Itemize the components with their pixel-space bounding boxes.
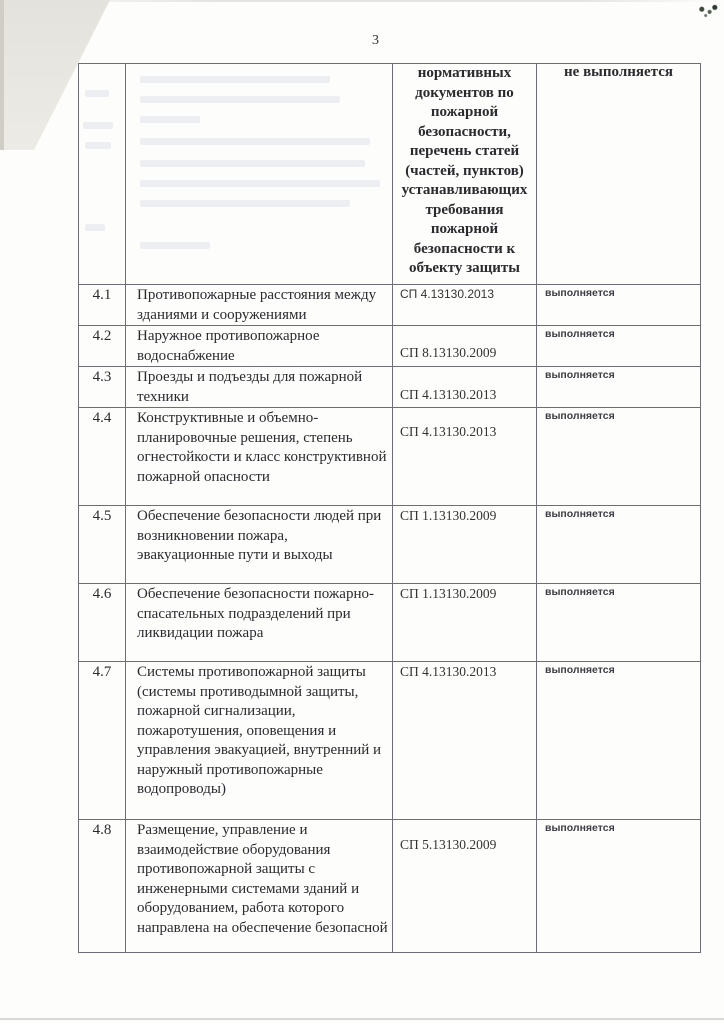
row-number: 4.6 [79,584,126,662]
header-norm-documents: нормативных документов по пожарной безоп… [393,64,537,285]
row-number: 4.8 [79,820,126,953]
header-description-cell [126,64,393,285]
row-status: выполняется [537,326,701,367]
row-description: Наружное противопожарное водоснабжение [126,326,393,367]
row-status: выполняется [537,584,701,662]
table-row: 4.2 Наружное противопожарное водоснабжен… [79,326,701,367]
table-row: 4.3 Проезды и подъезды для пожарной техн… [79,367,701,408]
table-row: 4.7 Системы противопожарной защиты (сист… [79,662,701,820]
row-description: Проезды и подъезды для пожарной техники [126,367,393,408]
row-norm: СП 4.13130.2013 [393,408,537,506]
row-number: 4.5 [79,506,126,584]
row-status: выполняется [537,408,701,506]
row-number: 4.7 [79,662,126,820]
paper-speck [694,2,720,20]
table-row: 4.6 Обеспечение безопасности пожарно-спа… [79,584,701,662]
row-description: Размещение, управление и взаимодействие … [126,820,393,953]
row-norm: СП 5.13130.2009 [393,820,537,953]
fire-safety-requirements-table: нормативных документов по пожарной безоп… [78,63,701,953]
row-description: Обеспечение безопасности людей при возни… [126,506,393,584]
header-status: не выполняется [537,64,701,285]
paper-bottom-edge [0,1018,724,1020]
paper-top-edge [0,0,724,2]
row-status: выполняется [537,367,701,408]
row-description: Системы противопожарной защиты (системы … [126,662,393,820]
row-norm: СП 1.13130.2009 [393,584,537,662]
row-number: 4.3 [79,367,126,408]
row-status: выполняется [537,820,701,953]
row-norm: СП 4.13130.2013 [393,662,537,820]
row-status: выполняется [537,506,701,584]
row-norm: СП 4.13130.2013 [393,285,537,326]
row-description: Противопожарные расстояния между зданиям… [126,285,393,326]
table-row: 4.8 Размещение, управление и взаимодейст… [79,820,701,953]
row-status: выполняется [537,662,701,820]
scan-shadow-edge [0,0,4,150]
row-norm: СП 1.13130.2009 [393,506,537,584]
row-number: 4.4 [79,408,126,506]
row-description: Обеспечение безопасности пожарно-спасате… [126,584,393,662]
table-row: 4.4 Конструктивные и объемно-планировочн… [79,408,701,506]
table-header-row: нормативных документов по пожарной безоп… [79,64,701,285]
row-norm: СП 8.13130.2009 [393,326,537,367]
page-number: 3 [372,33,379,49]
row-norm: СП 4.13130.2013 [393,367,537,408]
table-row: 4.1 Противопожарные расстояния между зда… [79,285,701,326]
row-number: 4.2 [79,326,126,367]
header-number-cell [79,64,126,285]
row-description: Конструктивные и объемно-планировочные р… [126,408,393,506]
row-number: 4.1 [79,285,126,326]
row-status: выполняется [537,285,701,326]
table-row: 4.5 Обеспечение безопасности людей при в… [79,506,701,584]
